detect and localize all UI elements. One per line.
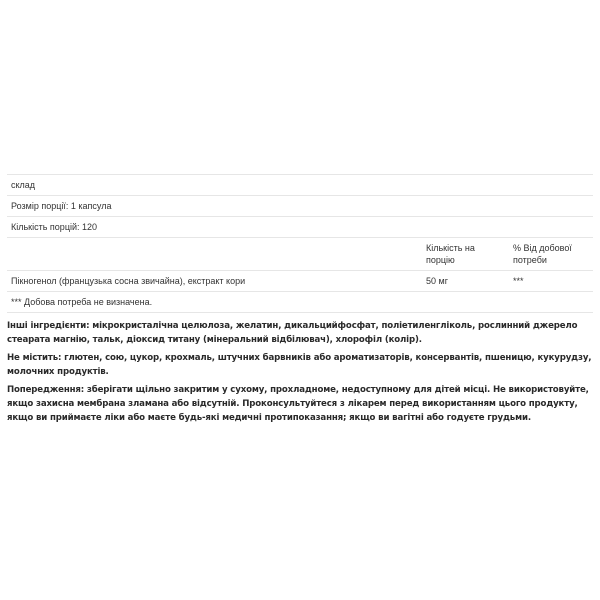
product-notes: Інші інгредієнти: мікрокристалічна целюл…	[7, 319, 595, 429]
serving-size-row: Розмір порції: 1 капсула	[7, 196, 593, 217]
footnote: *** Добова потреба не визначена.	[7, 292, 593, 313]
header-amount: Кількість на порцію	[422, 238, 509, 271]
other-ingredients: Інші інгредієнти: мікрокристалічна целюл…	[7, 319, 595, 347]
table-row: Пікногенол (французька сосна звичайна), …	[7, 271, 593, 292]
facts-header-row: Кількість на порцію % Від добової потреб…	[7, 238, 593, 271]
facts-title: склад	[7, 175, 593, 196]
supplement-facts-table: склад Розмір порції: 1 капсула Кількість…	[7, 174, 593, 313]
header-empty	[7, 238, 422, 271]
ingredient-amount: 50 мг	[422, 271, 509, 292]
serving-size: Розмір порції: 1 капсула	[7, 196, 593, 217]
ingredient-daily-value: ***	[509, 271, 593, 292]
footnote-row: *** Добова потреба не визначена.	[7, 292, 593, 313]
facts-title-row: склад	[7, 175, 593, 196]
header-daily-value: % Від добової потреби	[509, 238, 593, 271]
servings-per-container: Кількість порцій: 120	[7, 217, 593, 238]
does-not-contain: Не містить: глютен, сою, цукор, крохмаль…	[7, 351, 595, 379]
ingredient-name: Пікногенол (французька сосна звичайна), …	[7, 271, 422, 292]
warning: Попередження: зберігати щільно закритим …	[7, 383, 595, 425]
servings-per-container-row: Кількість порцій: 120	[7, 217, 593, 238]
